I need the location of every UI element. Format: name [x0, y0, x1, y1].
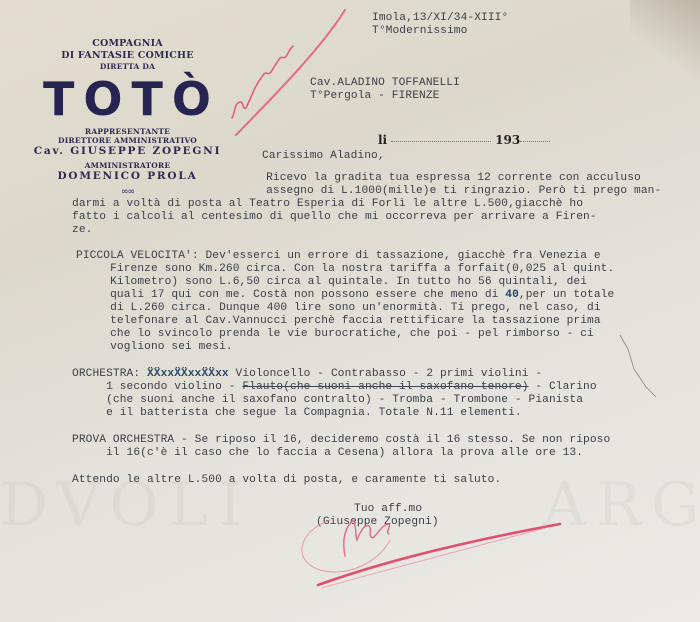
piccola-velocita-line1: PICCOLA VELOCITA': Dev'esserci un errore…: [76, 250, 601, 263]
text-line: Dev'esserci un errore di tassazione, gia…: [199, 250, 601, 262]
date-dots: [391, 140, 491, 142]
letterhead-directed-by: DIRETTA DA: [20, 62, 235, 71]
text-line: quali 17 qui con me. Costà non possono e…: [76, 289, 505, 301]
para1-line3: darmi a voltà di posta al Teatro Esperia…: [72, 198, 583, 211]
para1-line4: fatto i calcoli al centesimo di quello c…: [72, 211, 597, 224]
text-line: Violoncello - Contrabasso - 2 primi viol…: [229, 368, 542, 380]
letterhead-role-representative: RAPPRESENTANTE: [20, 127, 235, 136]
prova-orchestra-line2: il 16(c'è il caso che lo faccia a Cesena…: [72, 447, 583, 460]
letterhead-administrator-name: DOMENICO PROLA: [20, 170, 235, 183]
letterhead-brand: TOTÒ: [28, 73, 235, 125]
valediction: Tuo aff.mo: [354, 503, 422, 516]
piccola-velocita-line6: telefonare al Cav.Vannucci perchè faccia…: [76, 315, 601, 328]
place-date: Imola,13/XI/34-XIII°: [372, 12, 508, 25]
year-dots: [520, 140, 550, 142]
ink-correction: 40: [505, 289, 519, 301]
xed-out-text: ẌẌxxẌẌxxẌẌxx: [147, 368, 229, 380]
struck-text: Flauto(che suoni anche il saxofano tenor…: [242, 381, 528, 393]
paper-corner-shadow: [630, 0, 700, 90]
text-line: ,per un totale: [519, 289, 614, 301]
venue: T°Modernissimo: [372, 25, 467, 38]
date-prefix: li: [378, 133, 387, 147]
piccola-velocita-line4: quali 17 qui con me. Costà non possono e…: [76, 289, 614, 302]
orchestra-line2: 1 secondo violino - Flauto(che suoni anc…: [72, 381, 597, 394]
para1-line2: assegno di L.1000(mille)e ti ringrazio. …: [232, 185, 661, 198]
closing: Attendo le altre L.500 a volta di posta,…: [72, 474, 501, 487]
letterhead-company-type: DI FANTASIE COMICHE: [20, 50, 235, 62]
recipient-address: T°Pergola - FIRENZE: [310, 90, 439, 103]
piccola-velocita-line2: Firenze sono Km.260 circa. Con la nostra…: [76, 263, 614, 276]
piccola-velocita-line3: Kilometro) sono L.6,50 circa al quintale…: [76, 276, 587, 289]
letterhead-director-name: Cav. GIUSEPPE ZOPEGNI: [20, 145, 235, 158]
section-label-piccola-velocita: PICCOLA VELOCITA':: [76, 250, 199, 262]
piccola-velocita-line5: di L.260 circa. Dunque 400 lire sono un'…: [76, 302, 601, 315]
para1-line5: ze.: [72, 224, 92, 237]
salutation: Carissimo Aladino,: [262, 150, 385, 163]
prova-orchestra-line1: PROVA ORCHESTRA - Se riposo il 16, decid…: [72, 434, 610, 447]
text-line: 1 secondo violino -: [72, 381, 242, 393]
date-year: 193: [495, 133, 520, 147]
para1-line1: Ricevo la gradita tua espressa 12 corren…: [232, 172, 641, 185]
orchestra-line3: (che suoni anche il saxofano contralto) …: [72, 394, 583, 407]
letterhead: COMPAGNIA DI FANTASIE COMICHE DIRETTA DA…: [20, 38, 235, 197]
letterhead-role-administrator: AMMINISTRATORE: [20, 161, 235, 170]
orchestra-line1: ORCHESTRA: ẌẌxxẌẌxxẌẌxx Violoncello - Co…: [72, 368, 542, 381]
typed-signature-name: (Giuseppe Zopegni): [316, 516, 439, 529]
letterhead-company: COMPAGNIA: [20, 38, 235, 50]
text-line: - Clarino: [529, 381, 597, 393]
piccola-velocita-line7: che lo svincolo prenda le vie burocratic…: [76, 328, 594, 341]
letterhead-role-director: DIRETTORE AMMINISTRATIVO: [20, 136, 235, 145]
printed-date-line: li193: [378, 133, 550, 147]
letter-page: DVOLI ARG COMPAGNIA DI FANTASIE COMICHE …: [0, 0, 700, 622]
recipient-name: Cav.ALADINO TOFFANELLI: [310, 77, 460, 90]
orchestra-line4: e il batterista che segue la Compagnia. …: [72, 407, 522, 420]
section-label-prova-orchestra: PROVA ORCHESTRA: [72, 434, 174, 446]
letterhead-ornament-icon: ∞∞: [20, 187, 235, 197]
piccola-velocita-line8: vogliono sei mesi.: [76, 341, 233, 354]
text-line: - Se riposo il 16, decideremo costà il 1…: [174, 434, 610, 446]
section-label-orchestra: ORCHESTRA:: [72, 368, 140, 380]
